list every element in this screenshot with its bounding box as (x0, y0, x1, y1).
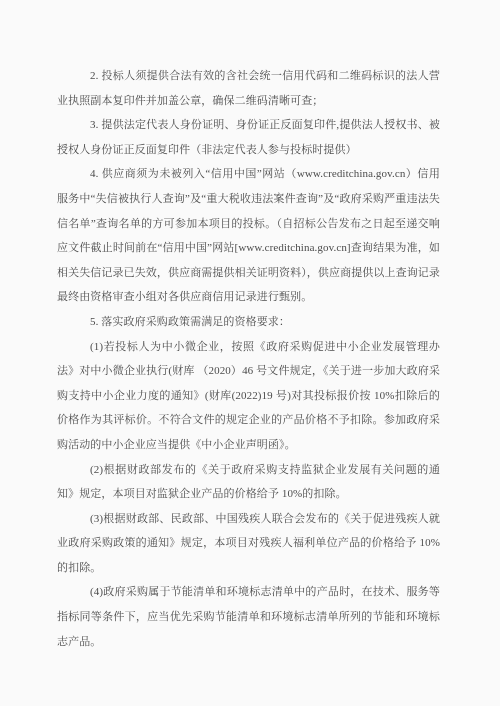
paragraph-subitem-4: (4)政府采购属于节能清单和环境标志清单中的产品时，在技术、服务等指标同等条件下… (57, 580, 440, 654)
paragraph-subitem-2: (2)根据财政部发布的《关于政府采购支持监狱企业发展有关问题的通知》规定，本项目… (57, 458, 440, 507)
paragraph-subitem-3: (3)根据财政部、民政部、中国残疾人联合会发布的《关于促进残疾人就业政府采购政策… (57, 507, 440, 581)
paragraph-item-4: 4. 供应商须为未被列入“信用中国”网站（www.creditchina.gov… (57, 162, 440, 310)
paragraph-subitem-1: (1)若投标人为中小微企业，按照《政府采购促进中小企业发展管理办法》对中小微企业… (57, 335, 440, 458)
paragraph-item-5: 5. 落实政府采购政策需满足的资格要求： (57, 310, 440, 335)
paragraph-item-2: 2. 投标人须提供合法有效的含社会统一信用代码和二维码标识的法人营业执照副本复印… (57, 64, 440, 113)
document-page: 2. 投标人须提供合法有效的含社会统一信用代码和二维码标识的法人营业执照副本复印… (0, 0, 500, 706)
paragraph-item-3: 3. 提供法定代表人身份证明、身份证正反面复印件,提供法人授权书、被授权人身份证… (57, 113, 440, 162)
document-text-block: 2. 投标人须提供合法有效的含社会统一信用代码和二维码标识的法人营业执照副本复印… (57, 64, 440, 654)
